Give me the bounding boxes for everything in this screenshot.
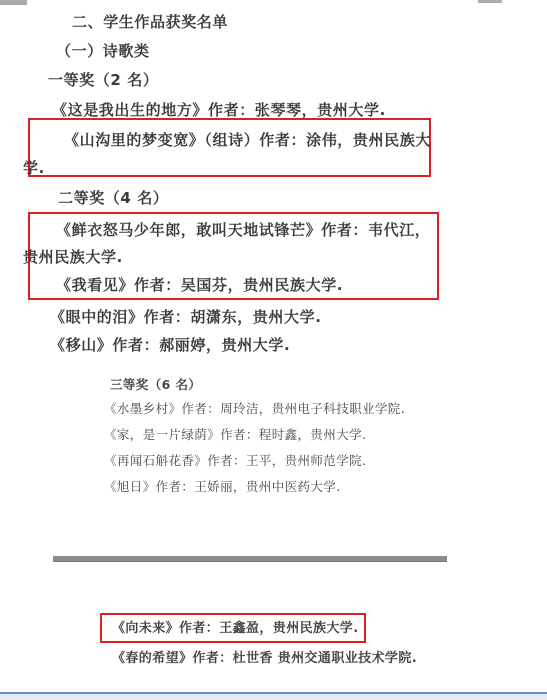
third-prize-heading: 三等奖（6 名）: [110, 377, 201, 392]
window-bottom-edge: [0, 692, 547, 700]
first-prize-entry-2-line-2: 学.: [23, 159, 45, 177]
third-prize-entry-3: 《再闻石斛花香》作者：王平，贵州师范学院.: [104, 453, 366, 468]
second-prize-entry-1-line-2: 贵州民族大学.: [23, 248, 123, 266]
third-prize-entry-2: 《家，是一片绿荫》作者：程时鑫，贵州大学.: [104, 427, 366, 442]
page-edge-mark-left: [0, 0, 27, 5]
category-heading: （一）诗歌类: [56, 42, 150, 60]
section-heading: 二、学生作品获奖名单: [72, 13, 228, 31]
second-prize-heading: 二等奖（4 名）: [58, 189, 168, 207]
page-edge-mark-right: [478, 0, 502, 3]
next-page-entry-1: 《向未来》作者：王鑫盈，贵州民族大学.: [112, 621, 359, 637]
third-prize-entry-4: 《旭日》作者：王娇丽，贵州中医药大学.: [104, 479, 341, 494]
second-prize-entry-2: 《我看见》作者：吴国芬，贵州民族大学.: [56, 276, 343, 294]
first-prize-entry-1: 《这是我出生的地方》作者：张琴琴，贵州大学.: [52, 101, 386, 119]
first-prize-heading: 一等奖（2 名）: [48, 71, 158, 89]
next-page-entry-2: 《春的希望》作者：杜世香 贵州交通职业技术学院.: [112, 651, 417, 667]
first-prize-entry-2-line-1: 《山沟里的梦变宽》（组诗）作者：涂伟，贵州民族大: [64, 131, 431, 149]
third-prize-entry-1: 《水墨乡村》作者：周玲洁，贵州电子科技职业学院.: [104, 401, 405, 416]
second-prize-entry-3: 《眼中的泪》作者：胡潇东，贵州大学.: [50, 308, 322, 326]
page-break-divider: [53, 556, 447, 562]
second-prize-entry-1-line-1: 《鲜衣怒马少年郎，敢叫天地试锋芒》作者：韦代江，: [56, 221, 430, 239]
second-prize-entry-4: 《移山》作者：郝丽婷，贵州大学.: [50, 336, 290, 354]
document-page[interactable]: 二、学生作品获奖名单 （一）诗歌类 一等奖（2 名） 《这是我出生的地方》作者：…: [0, 0, 547, 700]
